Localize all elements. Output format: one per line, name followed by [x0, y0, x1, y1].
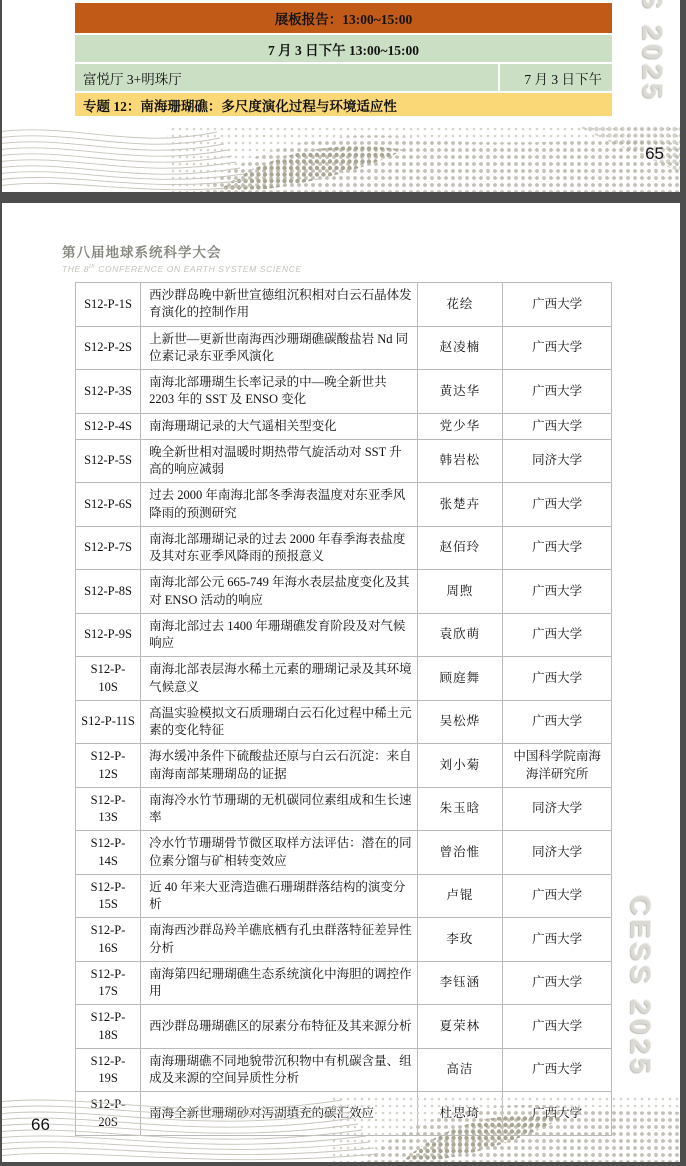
venue-row: 富悦厅 3+明珠厅 7 月 3 日下午 [75, 64, 612, 91]
affiliation: 同济大学 [503, 439, 612, 483]
presenter-name: 张楚卉 [417, 483, 502, 527]
table-row: S12-P-8S 南海北部公元 665-749 年海水表层盐度变化及其对 ENS… [76, 570, 612, 614]
conference-logo: 第八届地球系统科学大会 THE 8th CONFERENCE ON EARTH … [62, 241, 302, 274]
poster-id: S12-P-15S [76, 874, 141, 918]
poster-id: S12-P-1S [76, 283, 141, 327]
poster-title: 晚全新世相对温暖时期热带气旋活动对 SST 升高的响应减弱 [141, 439, 418, 483]
affiliation: 同济大学 [503, 831, 612, 875]
poster-title: 南海北部珊瑚生长率记录的中—晚全新世共 2203 年的 SST 及 ENSO 变… [141, 370, 418, 414]
poster-table: S12-P-1S 西沙群岛晚中新世宣德组沉积相对白云石晶体发育演化的控制作用 花… [75, 282, 612, 1136]
table-row: S12-P-5S 晚全新世相对温暖时期热带气旋活动对 SST 升高的响应减弱 韩… [76, 439, 612, 483]
session-time-label: 7 月 3 日下午 13:00~15:00 [268, 39, 419, 59]
poster-id: S12-P-9S [76, 613, 141, 657]
poster-title: 冷水竹节珊瑚骨节微区取样方法评估：潜在的同位素分馏与矿相转变效应 [141, 831, 418, 875]
presenter-name: 韩岩松 [417, 439, 502, 483]
table-row: S12-P-1S 西沙群岛晚中新世宣德组沉积相对白云石晶体发育演化的控制作用 花… [76, 283, 612, 327]
poster-id: S12-P-18S [76, 1005, 141, 1049]
poster-id: S12-P-11S [76, 700, 141, 744]
poster-id: S12-P-14S [76, 831, 141, 875]
table-row: S12-P-10S 南海北部表层海水稀土元素的珊瑚记录及其环境气候意义 顾庭舞 … [76, 657, 612, 701]
table-row: S12-P-16S 南海西沙群岛羚羊礁底栖有孔虫群落特征差异性分析 李玫 广西大… [76, 918, 612, 962]
presenter-name: 李玫 [417, 918, 502, 962]
affiliation: 广西大学 [503, 370, 612, 414]
poster-title: 南海第四纪珊瑚礁生态系统演化中海胆的调控作用 [141, 961, 418, 1005]
presenter-name: 曾治惟 [417, 831, 502, 875]
presenter-name: 李钰涵 [417, 961, 502, 1005]
presenter-name: 花绘 [417, 283, 502, 327]
poster-title: 南海珊瑚礁不同地貌带沉积物中有机碳含量、组成及来源的空间异质性分析 [141, 1048, 418, 1092]
table-row: S12-P-7S 南海北部珊瑚记录的过去 2000 年春季海表盐度及其对东亚季风… [76, 526, 612, 570]
table-row: S12-P-12S 海水缓冲条件下硫酸盐还原与白云石沉淀：来自南海南部某珊瑚岛的… [76, 744, 612, 788]
presenter-name: 党少华 [417, 413, 502, 439]
poster-title: 近 40 年来大亚湾造礁石珊瑚群落结构的演变分析 [141, 874, 418, 918]
page-66: 第八届地球系统科学大会 THE 8th CONFERENCE ON EARTH … [2, 203, 680, 1162]
poster-id: S12-P-12S [76, 744, 141, 788]
affiliation: 广西大学 [503, 700, 612, 744]
presenter-name: 顾庭舞 [417, 657, 502, 701]
poster-id: S12-P-3S [76, 370, 141, 414]
presenter-name: 周煦 [417, 570, 502, 614]
presenter-name: 朱玉晗 [417, 787, 502, 831]
page-65: 展板报告：13:00~15:00 7 月 3 日下午 13:00~15:00 富… [2, 0, 680, 192]
table-row: S12-P-18S 西沙群岛珊瑚礁区的尿素分布特征及其来源分析 夏荣林 广西大学 [76, 1005, 612, 1049]
cess-watermark-top: S 2025 [636, 0, 668, 103]
affiliation: 广西大学 [503, 526, 612, 570]
affiliation: 广西大学 [503, 961, 612, 1005]
poster-id: S12-P-2S [76, 326, 141, 370]
table-row: S12-P-15S 近 40 年来大亚湾造礁石珊瑚群落结构的演变分析 卢锟 广西… [76, 874, 612, 918]
poster-table-container: S12-P-1S 西沙群岛晚中新世宣德组沉积相对白云石晶体发育演化的控制作用 花… [75, 282, 612, 1136]
poster-title: 西沙群岛珊瑚礁区的尿素分布特征及其来源分析 [141, 1005, 418, 1049]
table-row: S12-P-13S 南海冷水竹节珊瑚的无机碳同位素组成和生长速率 朱玉晗 同济大… [76, 787, 612, 831]
affiliation: 广西大学 [503, 570, 612, 614]
affiliation: 广西大学 [503, 483, 612, 527]
affiliation: 广西大学 [503, 657, 612, 701]
presenter-name: 夏荣林 [417, 1005, 502, 1049]
presenter-name: 赵佰玲 [417, 526, 502, 570]
table-row: S12-P-14S 冷水竹节珊瑚骨节微区取样方法评估：潜在的同位素分馏与矿相转变… [76, 831, 612, 875]
poster-title: 南海北部表层海水稀土元素的珊瑚记录及其环境气候意义 [141, 657, 418, 701]
session-header-table: 展板报告：13:00~15:00 7 月 3 日下午 13:00~15:00 富… [75, 3, 612, 118]
table-row: S12-P-19S 南海珊瑚礁不同地貌带沉积物中有机碳含量、组成及来源的空间异质… [76, 1048, 612, 1092]
table-row: S12-P-17S 南海第四纪珊瑚礁生态系统演化中海胆的调控作用 李钰涵 广西大… [76, 961, 612, 1005]
table-row: S12-P-9S 南海北部过去 1400 年珊瑚礁发育阶段及对气候响应 袁欣萌 … [76, 613, 612, 657]
table-row: S12-P-11S 高温实验模拟文石质珊瑚白云石化过程中稀土元素的变化特征 吴松… [76, 700, 612, 744]
affiliation: 广西大学 [503, 874, 612, 918]
date-label: 7 月 3 日下午 [500, 64, 612, 91]
table-row: S12-P-4S 南海珊瑚记录的大气遥相关型变化 党少华 广西大学 [76, 413, 612, 439]
venue-label: 富悦厅 3+明珠厅 [75, 64, 498, 91]
poster-id: S12-P-17S [76, 961, 141, 1005]
presenter-name: 高洁 [417, 1048, 502, 1092]
poster-title: 南海珊瑚记录的大气遥相关型变化 [141, 413, 418, 439]
poster-title: 过去 2000 年南海北部冬季海表温度对东亚季风降雨的预测研究 [141, 483, 418, 527]
affiliation: 广西大学 [503, 413, 612, 439]
presenter-name: 卢锟 [417, 874, 502, 918]
poster-id: S12-P-13S [76, 787, 141, 831]
presenter-name: 黄达华 [417, 370, 502, 414]
topic-bar: 专题 12：南海珊瑚礁：多尺度演化过程与环境适应性 [75, 93, 612, 116]
topic-label: 专题 12：南海珊瑚礁：多尺度演化过程与环境适应性 [83, 95, 397, 115]
poster-id: S12-P-16S [76, 918, 141, 962]
affiliation: 广西大学 [503, 283, 612, 327]
table-row: S12-P-6S 过去 2000 年南海北部冬季海表温度对东亚季风降雨的预测研究… [76, 483, 612, 527]
presenter-name: 吴松烨 [417, 700, 502, 744]
poster-title: 高温实验模拟文石质珊瑚白云石化过程中稀土元素的变化特征 [141, 700, 418, 744]
affiliation: 同济大学 [503, 787, 612, 831]
affiliation: 广西大学 [503, 613, 612, 657]
presenter-name: 刘小菊 [417, 744, 502, 788]
poster-id: S12-P-4S [76, 413, 141, 439]
poster-title: 上新世—更新世南海西沙珊瑚礁碳酸盐岩 Nd 同位素记录东亚季风演化 [141, 326, 418, 370]
page-number-65: 65 [645, 144, 664, 164]
wave-pattern-top [2, 126, 680, 192]
wave-pattern-bottom [2, 1096, 680, 1162]
conference-title-en: THE 8th CONFERENCE ON EARTH SYSTEM SCIEN… [62, 264, 302, 274]
poster-id: S12-P-10S [76, 657, 141, 701]
presenter-name: 袁欣萌 [417, 613, 502, 657]
affiliation: 广西大学 [503, 326, 612, 370]
poster-id: S12-P-8S [76, 570, 141, 614]
table-row: S12-P-3S 南海北部珊瑚生长率记录的中—晚全新世共 2203 年的 SST… [76, 370, 612, 414]
affiliation: 中国科学院南海海洋研究所 [503, 744, 612, 788]
poster-table-body: S12-P-1S 西沙群岛晚中新世宣德组沉积相对白云石晶体发育演化的控制作用 花… [76, 283, 612, 1136]
page-number-66: 66 [31, 1115, 50, 1135]
poster-id: S12-P-19S [76, 1048, 141, 1092]
affiliation: 广西大学 [503, 918, 612, 962]
table-row: S12-P-2S 上新世—更新世南海西沙珊瑚礁碳酸盐岩 Nd 同位素记录东亚季风… [76, 326, 612, 370]
presenter-name: 赵凌楠 [417, 326, 502, 370]
poster-id: S12-P-7S [76, 526, 141, 570]
poster-id: S12-P-6S [76, 483, 141, 527]
poster-title: 南海北部过去 1400 年珊瑚礁发育阶段及对气候响应 [141, 613, 418, 657]
conference-title-cn: 第八届地球系统科学大会 [62, 241, 302, 261]
poster-title: 南海西沙群岛羚羊礁底栖有孔虫群落特征差异性分析 [141, 918, 418, 962]
poster-title: 南海北部公元 665-749 年海水表层盐度变化及其对 ENSO 活动的响应 [141, 570, 418, 614]
session-time-bar: 7 月 3 日下午 13:00~15:00 [75, 35, 612, 62]
session-type-bar: 展板报告：13:00~15:00 [75, 3, 612, 33]
document-viewer: 展板报告：13:00~15:00 7 月 3 日下午 13:00~15:00 富… [0, 0, 686, 1166]
affiliation: 广西大学 [503, 1005, 612, 1049]
poster-title: 南海冷水竹节珊瑚的无机碳同位素组成和生长速率 [141, 787, 418, 831]
poster-id: S12-P-5S [76, 439, 141, 483]
poster-title: 西沙群岛晚中新世宣德组沉积相对白云石晶体发育演化的控制作用 [141, 283, 418, 327]
poster-title: 南海北部珊瑚记录的过去 2000 年春季海表盐度及其对东亚季风降雨的预报意义 [141, 526, 418, 570]
affiliation: 广西大学 [503, 1048, 612, 1092]
session-type-label: 展板报告：13:00~15:00 [275, 8, 413, 28]
cess-watermark-main: CESS 2025 [624, 895, 656, 1077]
poster-title: 海水缓冲条件下硫酸盐还原与白云石沉淀：来自南海南部某珊瑚岛的证据 [141, 744, 418, 788]
